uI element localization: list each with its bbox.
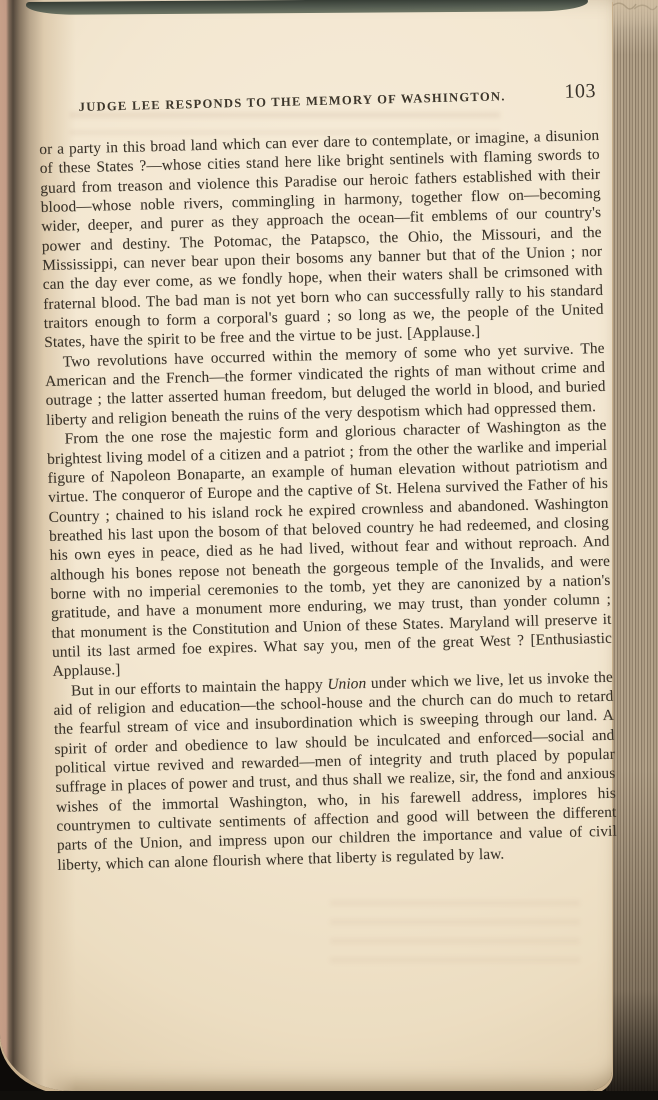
italic-word-union: Union (327, 675, 366, 693)
book-page: JUDGE LEE RESPONDS TO THE MEMORY OF WASH… (0, 0, 612, 1091)
running-header: JUDGE LEE RESPONDS TO THE MEMORY OF WASH… (38, 87, 598, 127)
paragraph-1: or a party in this broad land which can … (39, 126, 604, 353)
paragraph-2: Two revolutions have occurred within the… (44, 339, 606, 431)
scanned-book-photo: { "page": { "header": { "title": "JUDGE … (0, 0, 658, 1100)
book-fore-edge (606, 0, 658, 1100)
bottom-edge-shadow (0, 1091, 658, 1100)
paragraph-4: But in our efforts to maintain the happy… (53, 667, 618, 875)
page-edge-squiggle-decoration (608, 0, 658, 34)
book-scan: JUDGE LEE RESPONDS TO THE MEMORY OF WASH… (0, 0, 658, 1100)
body-text: or a party in this broad land which can … (39, 126, 617, 875)
paragraph-4-post: under which we live, let us invoke the a… (53, 668, 617, 873)
verso-showthrough-smudge (330, 900, 580, 970)
paragraph-3: From the one rose the majestic form and … (46, 416, 612, 682)
page-number: 103 (564, 80, 596, 104)
page-content: JUDGE LEE RESPONDS TO THE MEMORY OF WASH… (38, 87, 617, 875)
fore-edge-top-marks (608, 0, 658, 34)
running-header-title: JUDGE LEE RESPONDS TO THE MEMORY OF WASH… (38, 87, 598, 116)
